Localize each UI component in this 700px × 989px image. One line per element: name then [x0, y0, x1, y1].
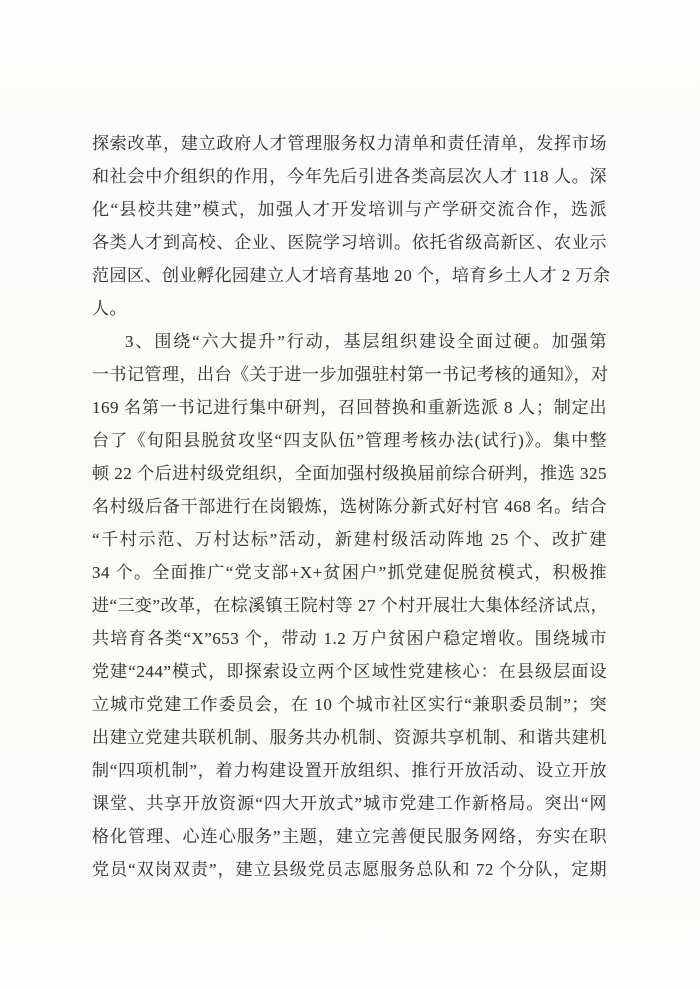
text-line: 党建“244”模式，即探索设立两个区域性党建核心：在县级层面设: [92, 655, 607, 688]
text-line: 34 个。全面推广“党支部+X+贫困户”抓党建促脱贫模式，积极推: [92, 556, 607, 589]
text-line: 范园区、创业孵化园建立人才培育基地 20 个，培育乡土人才 2 万余: [92, 259, 607, 292]
text-line: 台了《旬阳县脱贫攻坚“四支队伍”管理考核办法(试行)》。集中整: [92, 424, 607, 457]
text-line: 格化管理、心连心服务”主题，建立完善便民服务网络，夯实在职: [92, 820, 607, 853]
text-line: 进“三变”改革，在棕溪镇王院村等 27 个村开展壮大集体经济试点，: [92, 589, 607, 622]
text-line: 169 名第一书记进行集中研判，召回替换和重新选派 8 人；制定出: [92, 391, 607, 424]
text-line: 一书记管理，出台《关于进一步加强驻村第一书记考核的通知》，对: [92, 358, 607, 391]
text-block: 探索改革，建立政府人才管理服务权力清单和责任清单，发挥市场和社会中介组织的作用，…: [92, 127, 607, 886]
text-line: 制“四项机制”，着力构建设置开放组织、推行开放活动、设立开放: [92, 754, 607, 787]
text-line: 立城市党建工作委员会，在 10 个城市社区实行“兼职委员制”；突: [92, 688, 607, 721]
text-line: 化“县校共建”模式，加强人才开发培训与产学研交流合作，选派: [92, 193, 607, 226]
text-line: 3、围绕“六大提升”行动，基层组织建设全面过硬。加强第: [92, 325, 607, 358]
text-line: 探索改革，建立政府人才管理服务权力清单和责任清单，发挥市场: [92, 127, 607, 160]
document-page: 探索改革，建立政府人才管理服务权力清单和责任清单，发挥市场和社会中介组织的作用，…: [0, 0, 700, 989]
text-line: “千村示范、万村达标”活动，新建村级活动阵地 25 个、改扩建: [92, 523, 607, 556]
text-line: 名村级后备干部进行在岗锻炼，选树陈分新式好村官 468 名。结合: [92, 490, 607, 523]
text-line: 和社会中介组织的作用，今年先后引进各类高层次人才 118 人。深: [92, 160, 607, 193]
text-line: 出建立党建共联机制、服务共办机制、资源共享机制、和谐共建机: [92, 721, 607, 754]
text-line: 顿 22 个后进村级党组织，全面加强村级换届前综合研判，推选 325: [92, 457, 607, 490]
text-line: 党员“双岗双责”，建立县级党员志愿服务总队和 72 个分队，定期: [92, 853, 607, 886]
text-line: 各类人才到高校、企业、医院学习培训。依托省级高新区、农业示: [92, 226, 607, 259]
text-line: 共培育各类“X”653 个，带动 1.2 万户贫困户稳定增收。围绕城市: [92, 622, 607, 655]
text-line: 课堂、共享开放资源“四大开放式”城市党建工作新格局。突出“网: [92, 787, 607, 820]
text-line: 人。: [92, 292, 607, 325]
